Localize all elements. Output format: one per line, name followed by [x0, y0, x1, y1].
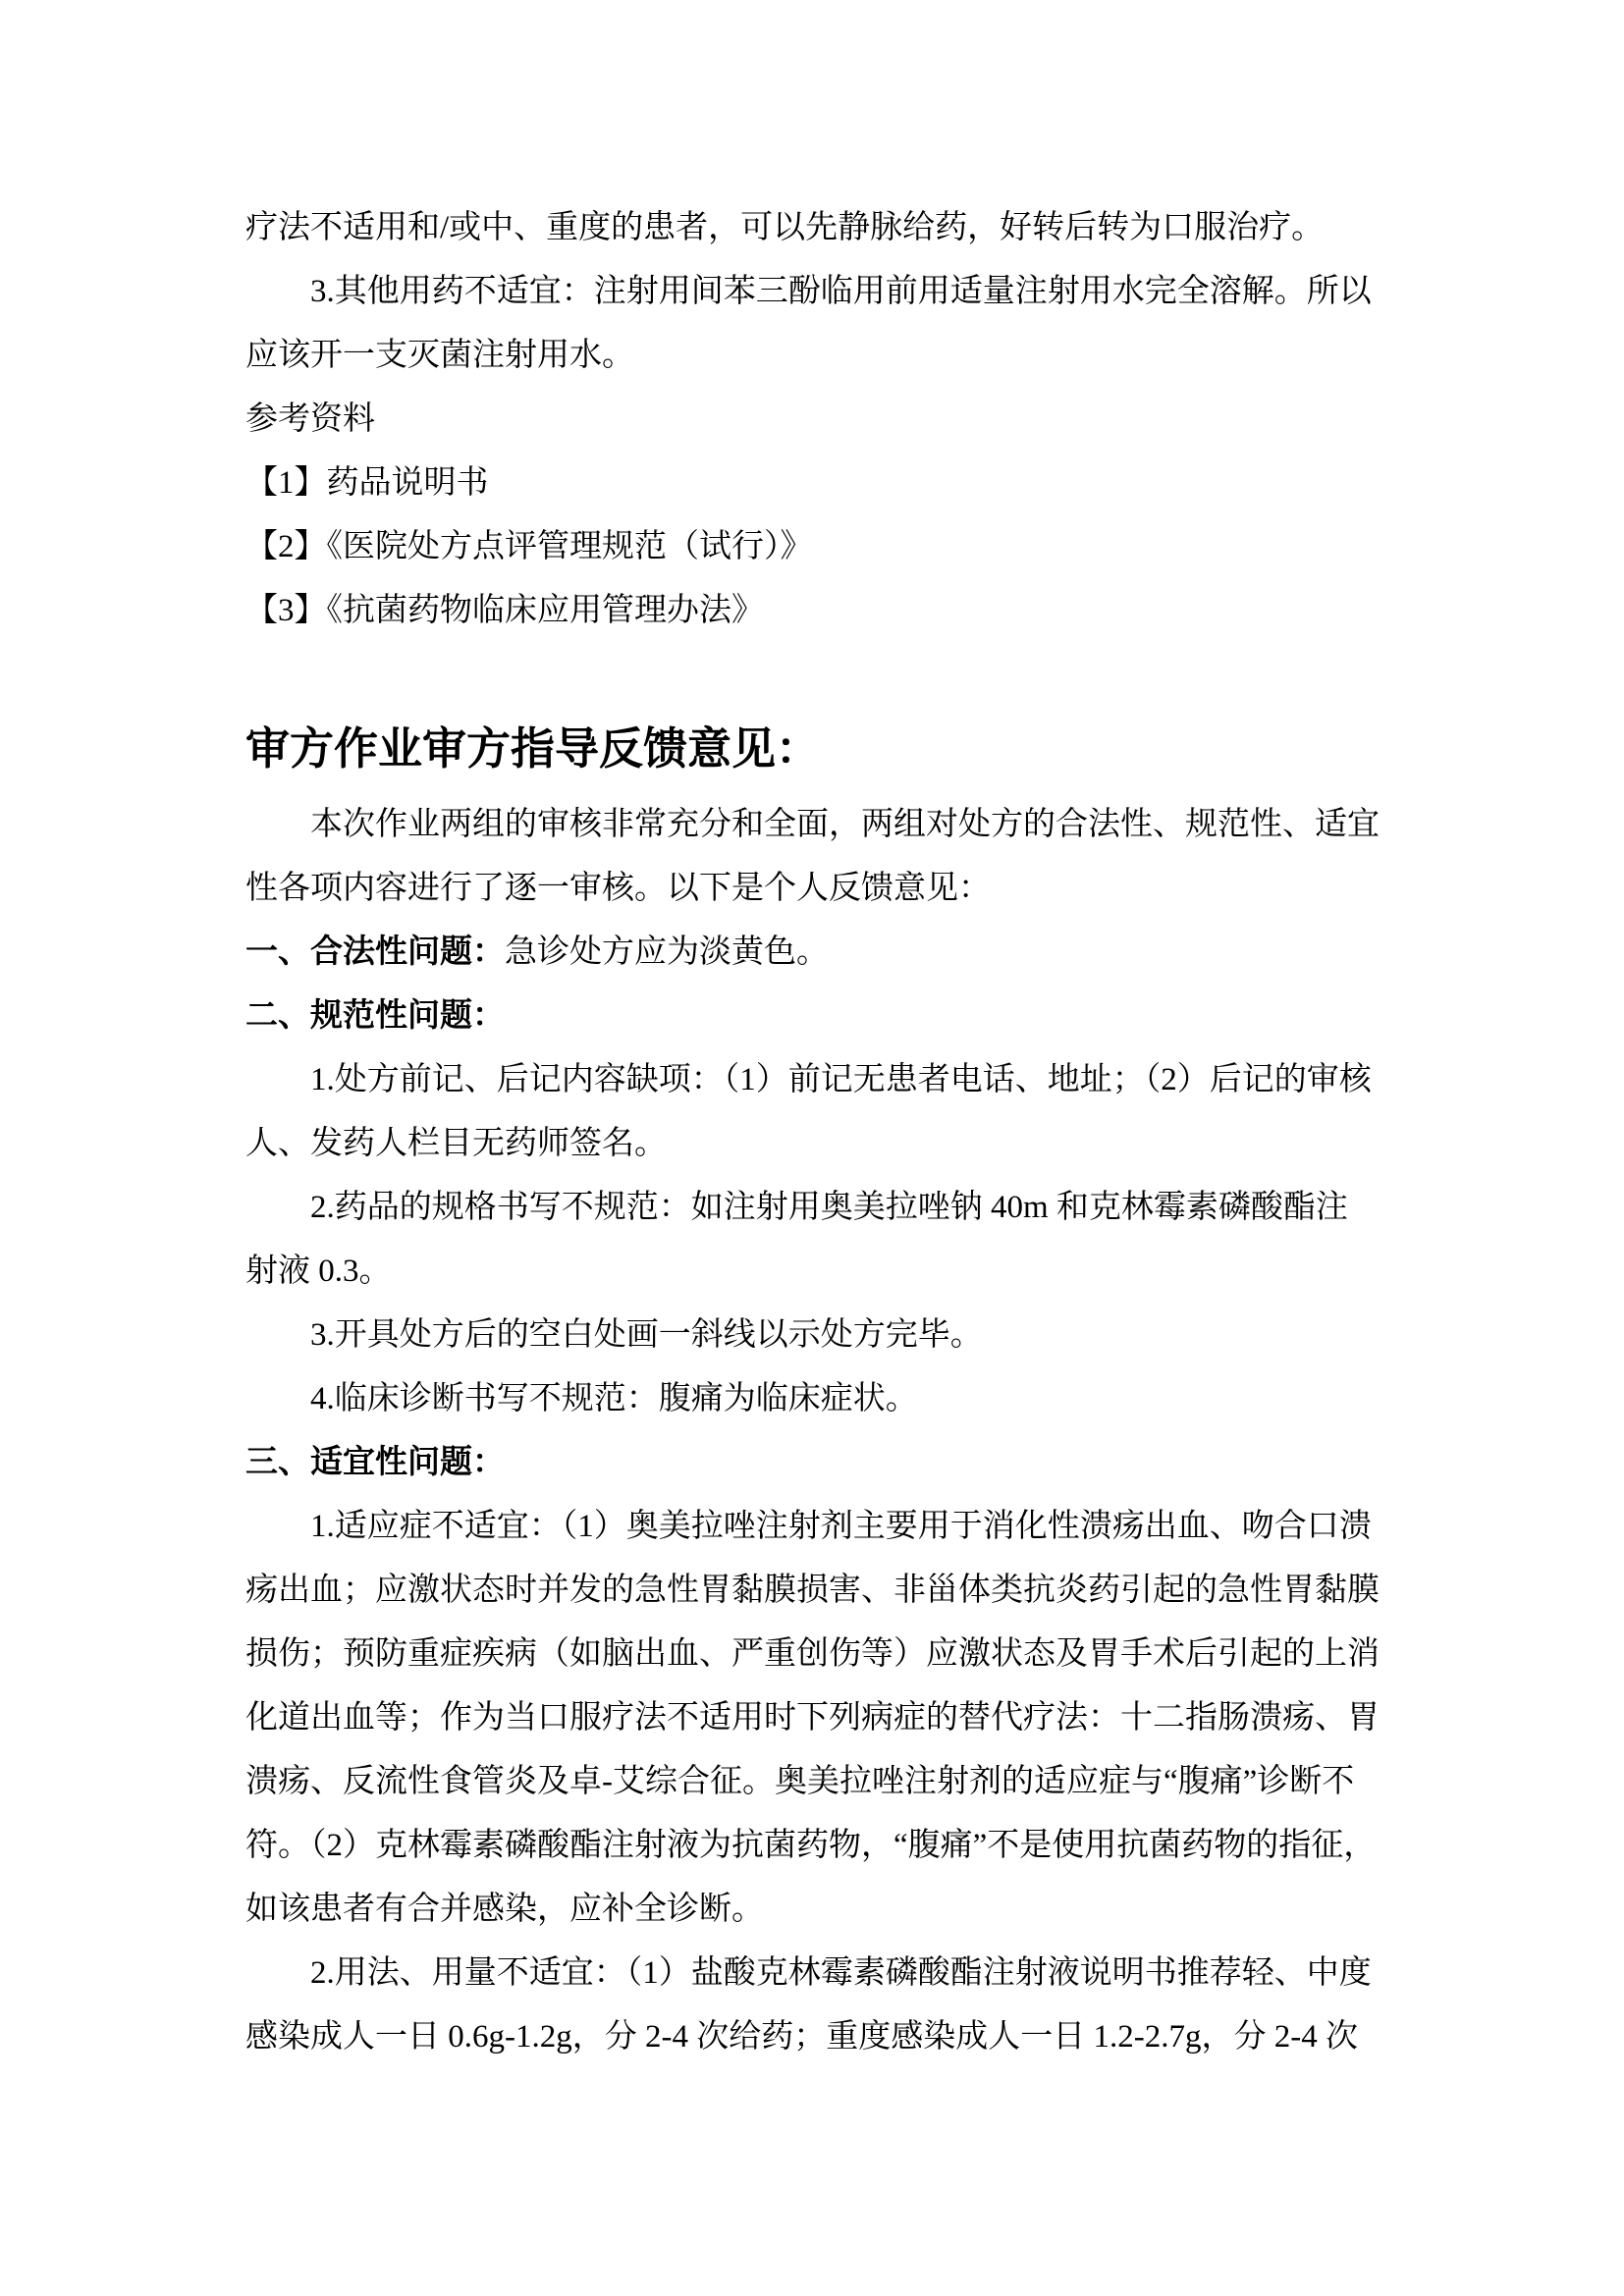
- text-line: 2.药品的规格书写不规范：如注射用奥美拉唑钠 40m 和克林霉素磷酸酯注: [245, 1176, 1379, 1240]
- line-text: 急诊处方应为淡黄色。: [505, 934, 829, 970]
- line-text: 溃疡、反流性食管炎及卓-艾综合征。奥美拉唑注射剂的适应症与“腹痛”诊断不: [245, 1764, 1354, 1799]
- line-text: 符。（2）克林霉素磷酸酯注射液为抗菌药物，“腹痛”不是使用抗菌药物的指征，: [245, 1828, 1376, 1863]
- text-line: 如该患者有合并感染，应补全诊断。: [245, 1878, 1379, 1942]
- text-line: 【2】《医院处方点评管理规范（试行）》: [245, 515, 1379, 579]
- line-text: 参考资料: [245, 401, 375, 437]
- text-line: 符。（2）克林霉素磷酸酯注射液为抗菌药物，“腹痛”不是使用抗菌药物的指征，: [245, 1814, 1379, 1878]
- section-heading: 审方作业审方指导反馈意见：: [245, 705, 1379, 793]
- text-line: 化道出血等；作为当口服疗法不适用时下列病症的替代疗法：十二指肠溃疡、胃: [245, 1686, 1379, 1750]
- line-text: 损伤；预防重症疾病（如脑出血、严重创伤等）应激状态及胃手术后引起的上消: [245, 1636, 1380, 1672]
- line-text: 感染成人一日 0.6g-1.2g，分 2-4 次给药；重度感染成人一日 1.2-…: [245, 2019, 1358, 2055]
- text-line: 二、规范性问题：: [245, 985, 1379, 1048]
- text-line: 3.其他用药不适宜：注射用间苯三酚临用前用适量注射用水完全溶解。所以: [245, 260, 1379, 324]
- bold-label: 一、合法性问题：: [245, 934, 505, 970]
- text-line: 一、合法性问题：急诊处方应为淡黄色。: [245, 921, 1379, 985]
- text-line: 人、发药人栏目无药师签名。: [245, 1112, 1379, 1176]
- text-line: 3.开具处方后的空白处画一斜线以示处方完毕。: [245, 1304, 1379, 1367]
- line-text: 4.临床诊断书写不规范：腹痛为临床症状。: [310, 1381, 918, 1416]
- line-text: 3.开具处方后的空白处画一斜线以示处方完毕。: [310, 1317, 983, 1353]
- text-line: 溃疡、反流性食管炎及卓-艾综合征。奥美拉唑注射剂的适应症与“腹痛”诊断不: [245, 1750, 1379, 1814]
- text-line: 三、适宜性问题：: [245, 1431, 1379, 1495]
- line-text: 【2】《医院处方点评管理规范（试行）》: [245, 529, 813, 564]
- line-text: 2.药品的规格书写不规范：如注射用奥美拉唑钠 40m 和克林霉素磷酸酯注: [310, 1190, 1348, 1225]
- text-line: 感染成人一日 0.6g-1.2g，分 2-4 次给药；重度感染成人一日 1.2-…: [245, 2005, 1379, 2069]
- section-heading-text: 审方作业审方指导反馈意见：: [245, 724, 820, 774]
- line-text: 如该患者有合并感染，应补全诊断。: [245, 1892, 764, 1927]
- line-text: 2.用法、用量不适宜：（1）盐酸克林霉素磷酸酯注射液说明书推荐轻、中度: [310, 1955, 1372, 1991]
- text-line: 应该开一支灭菌注射用水。: [245, 324, 1379, 388]
- line-text: 本次作业两组的审核非常充分和全面，两组对处方的合法性、规范性、适宜: [310, 807, 1380, 842]
- text-line: 1.适应症不适宜：（1）奥美拉唑注射剂主要用于消化性溃疡出血、吻合口溃: [245, 1495, 1379, 1559]
- text-line: 本次作业两组的审核非常充分和全面，两组对处方的合法性、规范性、适宜: [245, 793, 1379, 857]
- text-line: 射液 0.3。: [245, 1240, 1379, 1304]
- line-text: 1.适应症不适宜：（1）奥美拉唑注射剂主要用于消化性溃疡出血、吻合口溃: [310, 1509, 1372, 1544]
- line-text: 疡出血；应激状态时并发的急性胃黏膜损害、非甾体类抗炎药引起的急性胃黏膜: [245, 1573, 1380, 1608]
- text-line: 疡出血；应激状态时并发的急性胃黏膜损害、非甾体类抗炎药引起的急性胃黏膜: [245, 1559, 1379, 1623]
- line-text: 【1】药品说明书: [245, 465, 489, 501]
- bold-label: 三、适宜性问题：: [245, 1445, 505, 1480]
- document-page: 疗法不适用和/或中、重度的患者，可以先静脉给药，好转后转为口服治疗。3.其他用药…: [0, 0, 1624, 2296]
- bold-label: 二、规范性问题：: [245, 998, 505, 1034]
- text-line: 性各项内容进行了逐一审核。以下是个人反馈意见：: [245, 857, 1379, 921]
- line-text: 疗法不适用和/或中、重度的患者，可以先静脉给药，好转后转为口服治疗。: [245, 210, 1324, 245]
- text-line: 参考资料: [245, 388, 1379, 452]
- line-text: 3.其他用药不适宜：注射用间苯三酚临用前用适量注射用水完全溶解。所以: [310, 274, 1372, 309]
- text-line: 【3】《抗菌药物临床应用管理办法》: [245, 579, 1379, 643]
- text-line: 2.用法、用量不适宜：（1）盐酸克林霉素磷酸酯注射液说明书推荐轻、中度: [245, 1942, 1379, 2005]
- text-line: 损伤；预防重症疾病（如脑出血、严重创伤等）应激状态及胃手术后引起的上消: [245, 1623, 1379, 1686]
- text-line: 疗法不适用和/或中、重度的患者，可以先静脉给药，好转后转为口服治疗。: [245, 196, 1379, 260]
- document-content: 疗法不适用和/或中、重度的患者，可以先静脉给药，好转后转为口服治疗。3.其他用药…: [245, 196, 1379, 2069]
- line-text: 射液 0.3。: [245, 1254, 392, 1289]
- text-line: 4.临床诊断书写不规范：腹痛为临床症状。: [245, 1367, 1379, 1431]
- line-text: 1.处方前记、后记内容缺项：（1）前记无患者电话、地址；（2）后记的审核: [310, 1062, 1372, 1097]
- line-text: 性各项内容进行了逐一审核。以下是个人反馈意见：: [245, 871, 991, 906]
- line-text: 【3】《抗菌药物临床应用管理办法》: [245, 593, 764, 628]
- line-text: 人、发药人栏目无药师签名。: [245, 1126, 667, 1161]
- text-line: 1.处方前记、后记内容缺项：（1）前记无患者电话、地址；（2）后记的审核: [245, 1048, 1379, 1112]
- text-line: 【1】药品说明书: [245, 452, 1379, 515]
- line-text: 化道出血等；作为当口服疗法不适用时下列病症的替代疗法：十二指肠溃疡、胃: [245, 1700, 1380, 1735]
- line-text: 应该开一支灭菌注射用水。: [245, 338, 634, 373]
